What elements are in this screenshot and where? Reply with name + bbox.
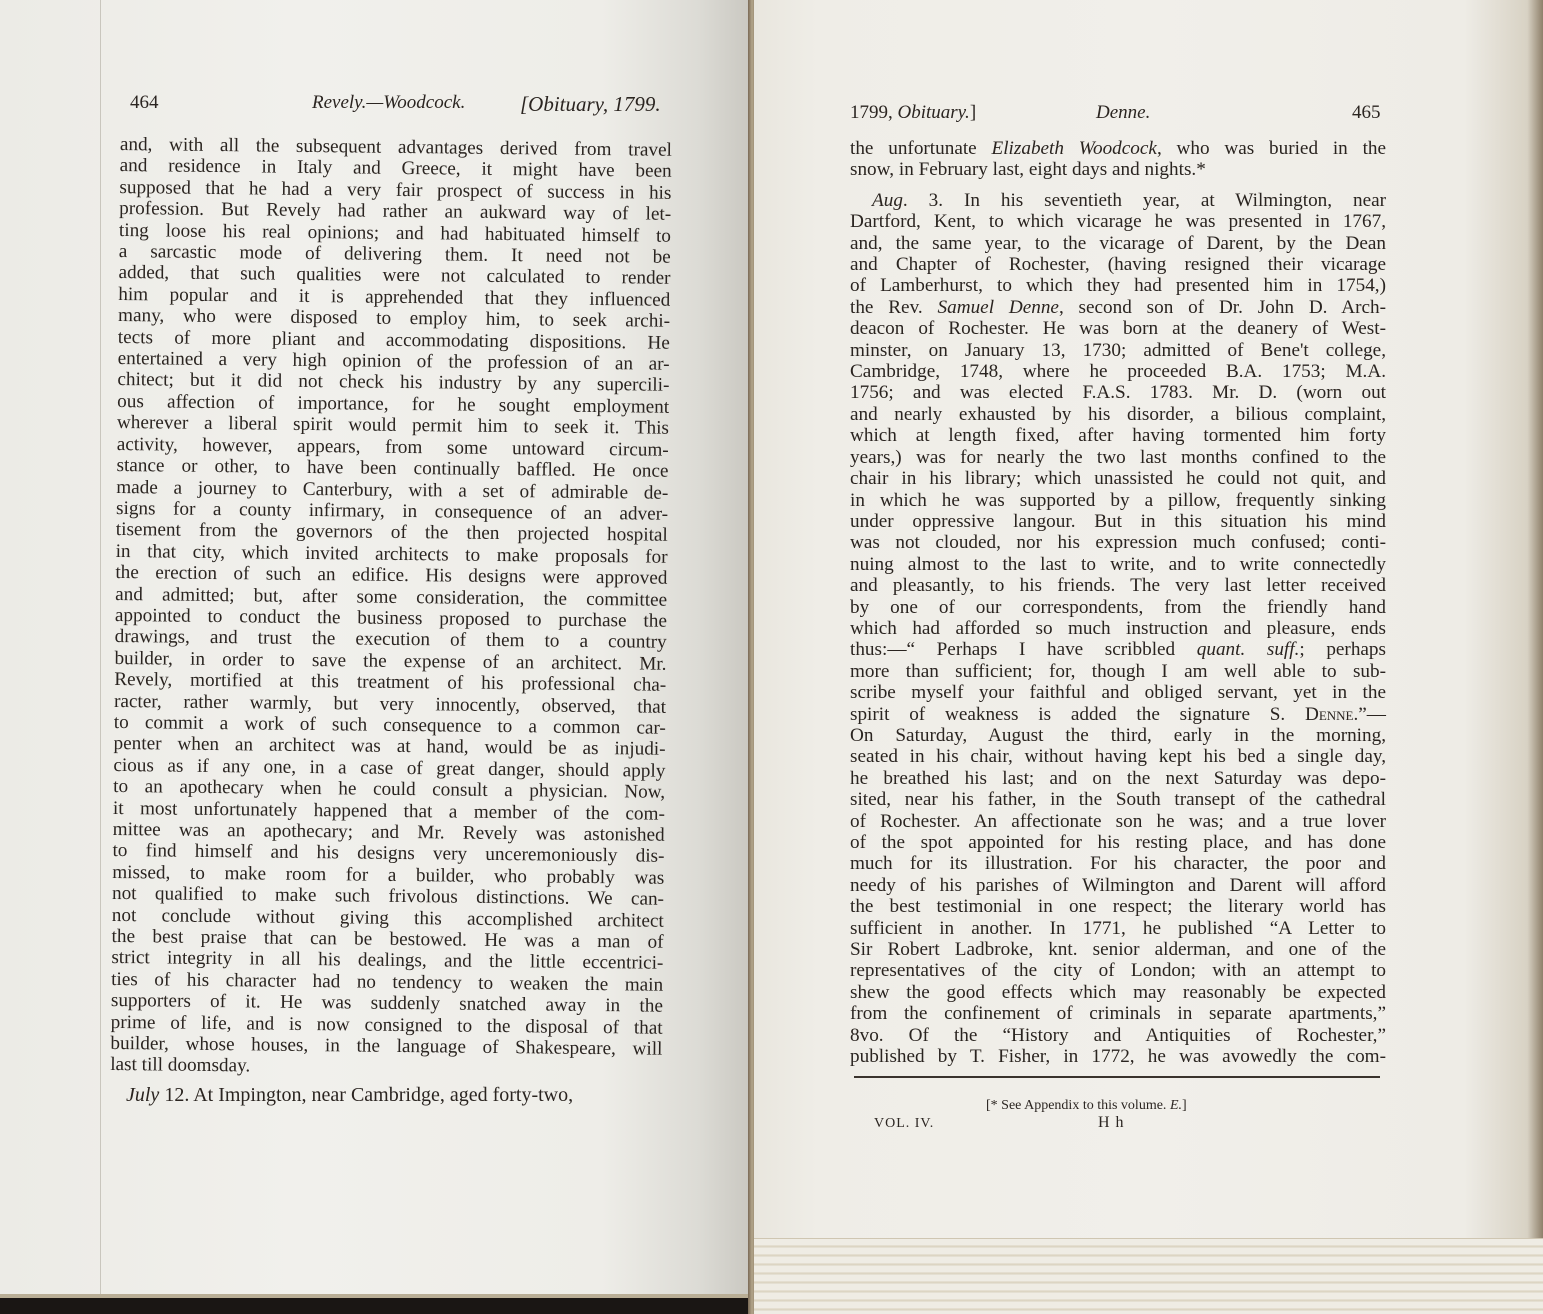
continuation-line-1: the unfortunate Elizabeth Woodcock, who … xyxy=(850,138,1386,159)
text-run: .”— xyxy=(1353,704,1386,725)
text-run: . 3. In his seventieth year, at Wilmingt… xyxy=(903,190,1386,211)
text-line: chair in his library; which unassisted h… xyxy=(850,468,1386,489)
person-name: Elizabeth Woodcock xyxy=(992,138,1157,159)
right-section-label: 1799, Obituary.] xyxy=(850,102,976,124)
text-run: thus:—“ Perhaps I have scribbled xyxy=(850,639,1197,660)
text-line: years,) was for nearly the two last mont… xyxy=(850,447,1386,468)
text-run: , who was buried in the xyxy=(1157,138,1386,159)
quote-line: thus:—“ Perhaps I have scribbled quant. … xyxy=(850,639,1386,660)
text-run: , second son of Dr. John D. Arch- xyxy=(1059,297,1386,318)
right-section-italic: Obituary. xyxy=(898,102,970,123)
text-line: shew the good effects which may reasonab… xyxy=(850,982,1386,1003)
entry-date: July xyxy=(126,1084,159,1106)
signature-name: Denne xyxy=(1305,704,1354,725)
text-line: and pleasantly, to his friends. The very… xyxy=(850,575,1386,596)
text-run: spirit of weakness is added the signatur… xyxy=(850,704,1305,725)
left-running-title: Revely.—Woodcock. xyxy=(312,92,465,114)
text-line: under oppressive langour. But in this si… xyxy=(850,511,1386,532)
paragraph-gap xyxy=(850,181,1386,190)
right-page: 1799, Obituary.] Denne. 465 the unfortun… xyxy=(754,0,1543,1314)
text-line: On Saturday, August the third, early in … xyxy=(850,725,1386,746)
footnote-rule xyxy=(854,1076,1380,1078)
left-page: 464 Revely.—Woodcock. [Obituary, 1799. a… xyxy=(0,0,752,1298)
rev-line: the Rev. Samuel Denne, second son of Dr.… xyxy=(850,297,1386,318)
text-run: the unfortunate xyxy=(850,138,992,159)
text-line: he breathed his last; and on the next Sa… xyxy=(850,768,1386,789)
text-run: the Rev. xyxy=(850,297,938,318)
text-line: 8vo. Of the “History and Antiquities of … xyxy=(850,1025,1386,1046)
signature-line: spirit of weakness is added the signatur… xyxy=(850,704,1386,725)
text-line: Sir Robert Ladbroke, knt. senior alderma… xyxy=(850,939,1386,960)
latin-phrase: quant. suff. xyxy=(1197,639,1300,660)
text-line: 1756; and was elected F.A.S. 1783. Mr. D… xyxy=(850,382,1386,403)
text-line: was not clouded, nor his expression much… xyxy=(850,532,1386,553)
text-line: sufficient in another. In 1771, he publi… xyxy=(850,918,1386,939)
entry-date: Aug xyxy=(872,190,903,211)
entry-lines-d: On Saturday, August the third, early in … xyxy=(850,725,1386,1068)
left-body-text: and, with all the subsequent advantages … xyxy=(110,134,672,1082)
entry-text: 12. At Impington, near Cambridge, aged f… xyxy=(159,1084,573,1106)
text-line: deacon of Rochester. He was born at the … xyxy=(850,318,1386,339)
footnote: [* See Appendix to this volume. E.] xyxy=(986,1098,1187,1114)
continuation-line-2: snow, in February last, eight days and n… xyxy=(850,159,1386,180)
entry-lines-c: more than sufficient; for, though I am w… xyxy=(850,661,1386,704)
text-line: which had afforded so much instruction a… xyxy=(850,618,1386,639)
text-line: by one of our correspondents, from the f… xyxy=(850,597,1386,618)
page-edge-line xyxy=(100,0,101,1294)
text-line: and, the same year, to the vicarage of D… xyxy=(850,233,1386,254)
entry-lines-a: Dartford, Kent, to which vicarage he was… xyxy=(850,211,1386,297)
text-line: and nearly exhausted by his disorder, a … xyxy=(850,404,1386,425)
text-line: more than sufficient; for, though I am w… xyxy=(850,661,1386,682)
left-next-entry: July 12. At Impington, near Cambridge, a… xyxy=(126,1085,646,1106)
right-page-number: 465 xyxy=(1352,102,1381,124)
right-body-text: the unfortunate Elizabeth Woodcock, who … xyxy=(850,138,1386,1067)
volume-label: VOL. IV. xyxy=(874,1116,934,1132)
left-section-text: [Obituary, 1799. xyxy=(520,92,661,116)
text-run: [* See Appendix to this volume. xyxy=(986,1098,1170,1113)
text-line: of Lamberhurst, to which they had presen… xyxy=(850,275,1386,296)
left-page-number: 464 xyxy=(130,92,159,114)
book-spread: 464 Revely.—Woodcock. [Obituary, 1799. a… xyxy=(0,0,1543,1314)
text-line: published by T. Fisher, in 1772, he was … xyxy=(850,1046,1386,1067)
right-section-year: 1799, xyxy=(850,102,898,123)
footnote-initial: E. xyxy=(1170,1098,1182,1113)
text-line: the best testimonial in one respect; the… xyxy=(850,896,1386,917)
text-line: which at length fixed, after having torm… xyxy=(850,425,1386,446)
right-running-title: Denne. xyxy=(1096,102,1150,124)
text-run: ] xyxy=(1182,1098,1187,1113)
text-run: ; perhaps xyxy=(1299,639,1386,660)
page-fore-edge xyxy=(754,1238,1543,1314)
text-line: minster, on January 13, 1730; admitted o… xyxy=(850,340,1386,361)
text-line: scribe myself your faithful and obliged … xyxy=(850,682,1386,703)
text-line: much for its illustration. For his chara… xyxy=(850,853,1386,874)
text-line: needy of his parishes of Wilmington and … xyxy=(850,875,1386,896)
right-section-bracket: ] xyxy=(970,102,976,123)
person-name: Samuel Denne xyxy=(938,297,1059,318)
left-section-label: [Obituary, 1799. xyxy=(520,92,661,117)
text-line: Dartford, Kent, to which vicarage he was… xyxy=(850,211,1386,232)
text-line: representatives of the city of London; w… xyxy=(850,960,1386,981)
text-line: from the confinement of criminals in sep… xyxy=(850,1003,1386,1024)
text-line: Cambridge, 1748, where he proceeded B.A.… xyxy=(850,361,1386,382)
text-line: in which he was supported by a pillow, f… xyxy=(850,490,1386,511)
text-line: of the spot appointed for his resting pl… xyxy=(850,832,1386,853)
text-line: of Rochester. An affectionate son he was… xyxy=(850,811,1386,832)
text-line: sited, near his father, in the South tra… xyxy=(850,789,1386,810)
entry-lines-b: deacon of Rochester. He was born at the … xyxy=(850,318,1386,639)
entry-first-line: Aug. 3. In his seventieth year, at Wilmi… xyxy=(850,190,1386,211)
text-line: and Chapter of Rochester, (having resign… xyxy=(850,254,1386,275)
signature-mark: H h xyxy=(1098,1114,1125,1132)
text-line: nuing almost to the last to write, and t… xyxy=(850,554,1386,575)
text-line: seated in his chair, without having kept… xyxy=(850,746,1386,767)
